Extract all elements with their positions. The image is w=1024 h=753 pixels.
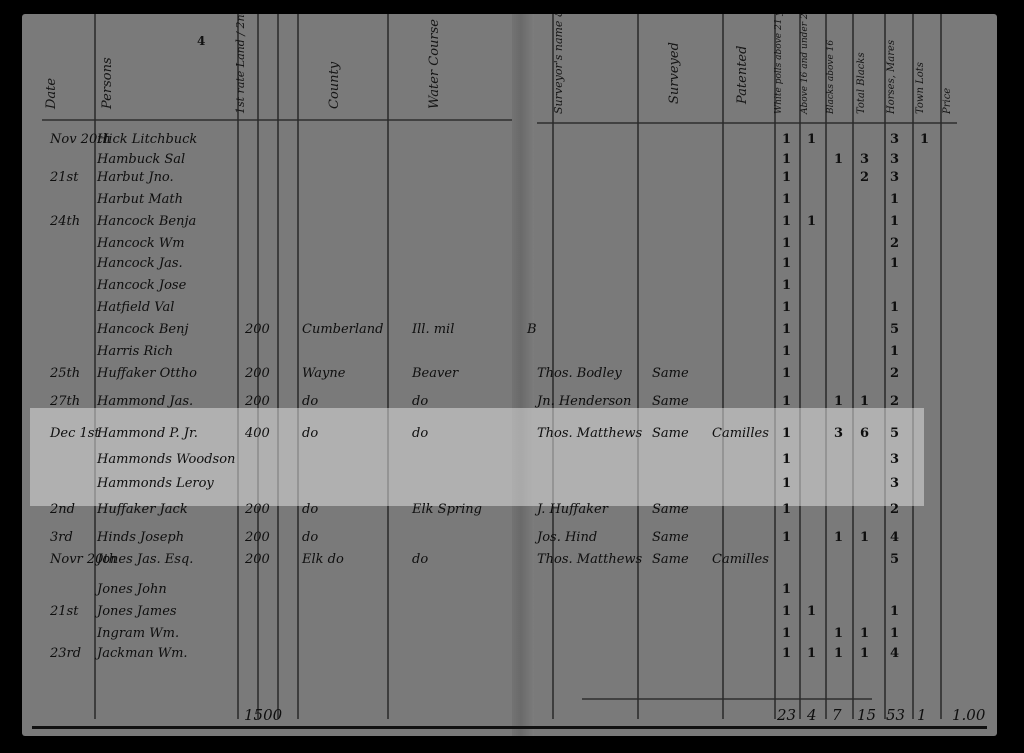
- cell-date: 27th: [50, 394, 80, 409]
- cell-person: Hinds Joseph: [97, 530, 184, 545]
- cell-date: 21st: [50, 170, 78, 185]
- cell-white: 1: [782, 604, 791, 619]
- cell-water: Ill. mil: [412, 322, 454, 337]
- cell-date: 2nd: [50, 502, 75, 517]
- cell-person: Hambuck Sal: [97, 152, 185, 167]
- cell-white: 1: [782, 502, 791, 517]
- cell-person: Huffaker Jack: [97, 502, 188, 517]
- header-surveyor: Surveyor's name & Entered: [552, 14, 565, 114]
- cell-water: do: [412, 552, 428, 567]
- total-total-blacks: 15: [857, 706, 876, 724]
- total-white: 23: [777, 706, 796, 724]
- cell-person: Jones John: [97, 582, 167, 597]
- totals-rule: [582, 698, 872, 700]
- cell-person: Ingram Wm.: [97, 626, 179, 641]
- cell-white: 1: [782, 426, 791, 441]
- cell-horses: 1: [890, 604, 899, 619]
- cell-land: 200: [245, 502, 270, 517]
- cell-surveyor: Thos. Matthews: [537, 552, 642, 567]
- cell-person: Hancock Benja: [97, 214, 196, 229]
- cell-person: Hammond Jas.: [97, 394, 193, 409]
- cell-surveyed: Same: [652, 502, 689, 517]
- cell-surveyor: J. Huffaker: [537, 502, 608, 517]
- cell-white: 1: [782, 582, 791, 597]
- header-county: County: [327, 62, 342, 109]
- bottom-rule: [32, 726, 987, 729]
- cell-horses: 3: [890, 152, 899, 167]
- cell-person: Hancock Benj: [97, 322, 189, 337]
- cell-white: 1: [782, 214, 791, 229]
- cell-total-blacks: 1: [860, 626, 869, 641]
- cell-person: Jackman Wm.: [97, 646, 188, 661]
- cell-horses: 1: [890, 344, 899, 359]
- cell-person: Hammond P. Jr.: [97, 426, 198, 441]
- cell-surveyor: Jn. Henderson: [537, 394, 631, 409]
- cell-white: 1: [782, 170, 791, 185]
- cell-person: Hick Litchbuck: [97, 132, 197, 147]
- rule-blacks16: [825, 14, 827, 719]
- cell-date: 25th: [50, 366, 80, 381]
- cell-county: Cumberland: [302, 322, 383, 337]
- cell-county: Elk do: [302, 552, 344, 567]
- cell-y16-21: 1: [807, 646, 816, 661]
- header-white-polls: White polls above 21 years: [774, 14, 784, 114]
- cell-total-blacks: 3: [860, 152, 869, 167]
- cell-white: 1: [782, 476, 791, 491]
- cell-horses: 1: [890, 214, 899, 229]
- header-rule-right: [537, 122, 957, 124]
- cell-horses: 5: [890, 552, 899, 567]
- header-16-21: Above 16 and under 21: [800, 14, 810, 114]
- cell-horses: 4: [890, 646, 899, 661]
- cell-water: do: [412, 394, 428, 409]
- cell-patented: Camilles: [712, 552, 769, 567]
- cell-horses: 5: [890, 426, 899, 441]
- cell-total-blacks: 1: [860, 530, 869, 545]
- cell-horses: 5: [890, 322, 899, 337]
- cell-county: do: [302, 426, 318, 441]
- cell-surveyor: Thos. Bodley: [537, 366, 622, 381]
- cell-land: 200: [245, 530, 270, 545]
- cell-surveyed: Same: [652, 426, 689, 441]
- cell-y16-21: 1: [807, 132, 816, 147]
- cell-y16-21: 1: [807, 214, 816, 229]
- cell-person: Hammonds Woodson: [97, 452, 235, 467]
- header-horses: Horses, Mares: [886, 40, 897, 114]
- cell-person: Hammonds Leroy: [97, 476, 214, 491]
- cell-land: 200: [245, 322, 270, 337]
- cell-lots: 1: [920, 132, 929, 147]
- ledger-page: 4 Date Persons 1st rate Land / 2nd Do / …: [22, 14, 997, 736]
- cell-patented: Camilles: [712, 426, 769, 441]
- cell-horses: 3: [890, 170, 899, 185]
- cell-blacks16: 1: [834, 394, 843, 409]
- cell-white: 1: [782, 278, 791, 293]
- cell-white: 1: [782, 256, 791, 271]
- cell-date: 3rd: [50, 530, 73, 545]
- header-blacks16: Blacks above 16: [826, 40, 836, 114]
- cell-county: do: [302, 394, 318, 409]
- cell-county: do: [302, 502, 318, 517]
- cell-land: 200: [245, 366, 270, 381]
- cell-person: Hancock Jas.: [97, 256, 183, 271]
- cell-date: 24th: [50, 214, 80, 229]
- cell-water: Beaver: [412, 366, 458, 381]
- cell-horses: 2: [890, 502, 899, 517]
- cell-horses: 1: [890, 626, 899, 641]
- cell-person: Huffaker Ottho: [97, 366, 197, 381]
- cell-date: Dec 1st: [50, 426, 100, 441]
- cell-blacks16: 1: [834, 646, 843, 661]
- cell-surveyed: Same: [652, 366, 689, 381]
- cell-land: 400: [245, 426, 270, 441]
- cell-horses: 3: [890, 476, 899, 491]
- rule-price: [940, 14, 942, 719]
- cell-horses: 3: [890, 132, 899, 147]
- cell-surveyor: Jos. Hind: [537, 530, 597, 545]
- cell-horses: 2: [890, 236, 899, 251]
- cell-white: 1: [782, 300, 791, 315]
- cell-horses: 2: [890, 394, 899, 409]
- header-patented: Patented: [735, 46, 750, 104]
- cell-white: 1: [782, 236, 791, 251]
- header-water-course: Water Course: [427, 19, 442, 109]
- cell-total-blacks: 1: [860, 646, 869, 661]
- cell-person: Hancock Jose: [97, 278, 186, 293]
- cell-land: 200: [245, 552, 270, 567]
- cell-blacks16: 1: [834, 530, 843, 545]
- header-price: Price: [942, 88, 953, 114]
- cell-water: Elk Spring: [412, 502, 482, 517]
- cell-water: do: [412, 426, 428, 441]
- total-horses: 53: [886, 706, 905, 724]
- cell-horses: 2: [890, 366, 899, 381]
- cell-date: 21st: [50, 604, 78, 619]
- cell-white: 1: [782, 152, 791, 167]
- cell-person: Jones James: [97, 604, 177, 619]
- cell-horses: 1: [890, 256, 899, 271]
- total-lots: 1: [917, 706, 927, 724]
- cell-person: Harris Rich: [97, 344, 173, 359]
- cell-white: 1: [782, 344, 791, 359]
- rule-lots: [912, 14, 914, 719]
- cell-horses: 3: [890, 452, 899, 467]
- header-persons: Persons: [100, 57, 115, 109]
- cell-blacks16: 3: [834, 426, 843, 441]
- header-land: 1st rate Land / 2nd Do / 3rd do: [234, 14, 247, 114]
- cell-total-blacks: 2: [860, 170, 869, 185]
- cell-total-blacks: 1: [860, 394, 869, 409]
- total-16-21: 4: [807, 706, 817, 724]
- cell-land: 200: [245, 394, 270, 409]
- rule-total-blacks: [852, 14, 854, 719]
- cell-county: do: [302, 530, 318, 545]
- rule-white: [774, 14, 776, 719]
- header-date: Date: [44, 78, 59, 109]
- header-town-lots: Town Lots: [915, 62, 926, 114]
- page-gutter: [512, 14, 534, 736]
- rule-horses: [884, 14, 886, 719]
- header-surveyed: Surveyed: [667, 42, 682, 104]
- cell-surveyor: Thos. Matthews: [537, 426, 642, 441]
- cell-person: Hancock Wm: [97, 236, 185, 251]
- total-blacks16: 7: [832, 706, 842, 724]
- cell-person: Hatfield Val: [97, 300, 174, 315]
- cell-blacks16: 1: [834, 152, 843, 167]
- cell-surveyed: Same: [652, 394, 689, 409]
- cell-person: Jones Jas. Esq.: [97, 552, 193, 567]
- cell-white: 1: [782, 530, 791, 545]
- page-number: 4: [197, 34, 205, 48]
- cell-person: Harbut Jno.: [97, 170, 174, 185]
- cell-horses: 1: [890, 300, 899, 315]
- rule-surveyed: [637, 14, 639, 719]
- rule-16-21: [799, 14, 801, 719]
- header-rule-left: [42, 119, 512, 121]
- total-land: 1500: [244, 706, 282, 724]
- cell-white: 1: [782, 192, 791, 207]
- cell-white: 1: [782, 646, 791, 661]
- cell-white: 1: [782, 366, 791, 381]
- header-total-blacks: Total Blacks: [856, 52, 867, 114]
- cell-date: 23rd: [50, 646, 81, 661]
- cell-white: 1: [782, 132, 791, 147]
- cell-surveyed: Same: [652, 552, 689, 567]
- cell-horses: 4: [890, 530, 899, 545]
- total-price: 1.00: [952, 706, 985, 724]
- cell-horses: 1: [890, 192, 899, 207]
- cell-total-blacks: 6: [860, 426, 869, 441]
- cell-white: 1: [782, 394, 791, 409]
- cell-note: B: [527, 322, 537, 337]
- cell-white: 1: [782, 626, 791, 641]
- cell-white: 1: [782, 452, 791, 467]
- cell-person: Harbut Math: [97, 192, 183, 207]
- cell-surveyed: Same: [652, 530, 689, 545]
- cell-white: 1: [782, 322, 791, 337]
- cell-blacks16: 1: [834, 626, 843, 641]
- rule-patented: [722, 14, 724, 719]
- cell-y16-21: 1: [807, 604, 816, 619]
- cell-county: Wayne: [302, 366, 345, 381]
